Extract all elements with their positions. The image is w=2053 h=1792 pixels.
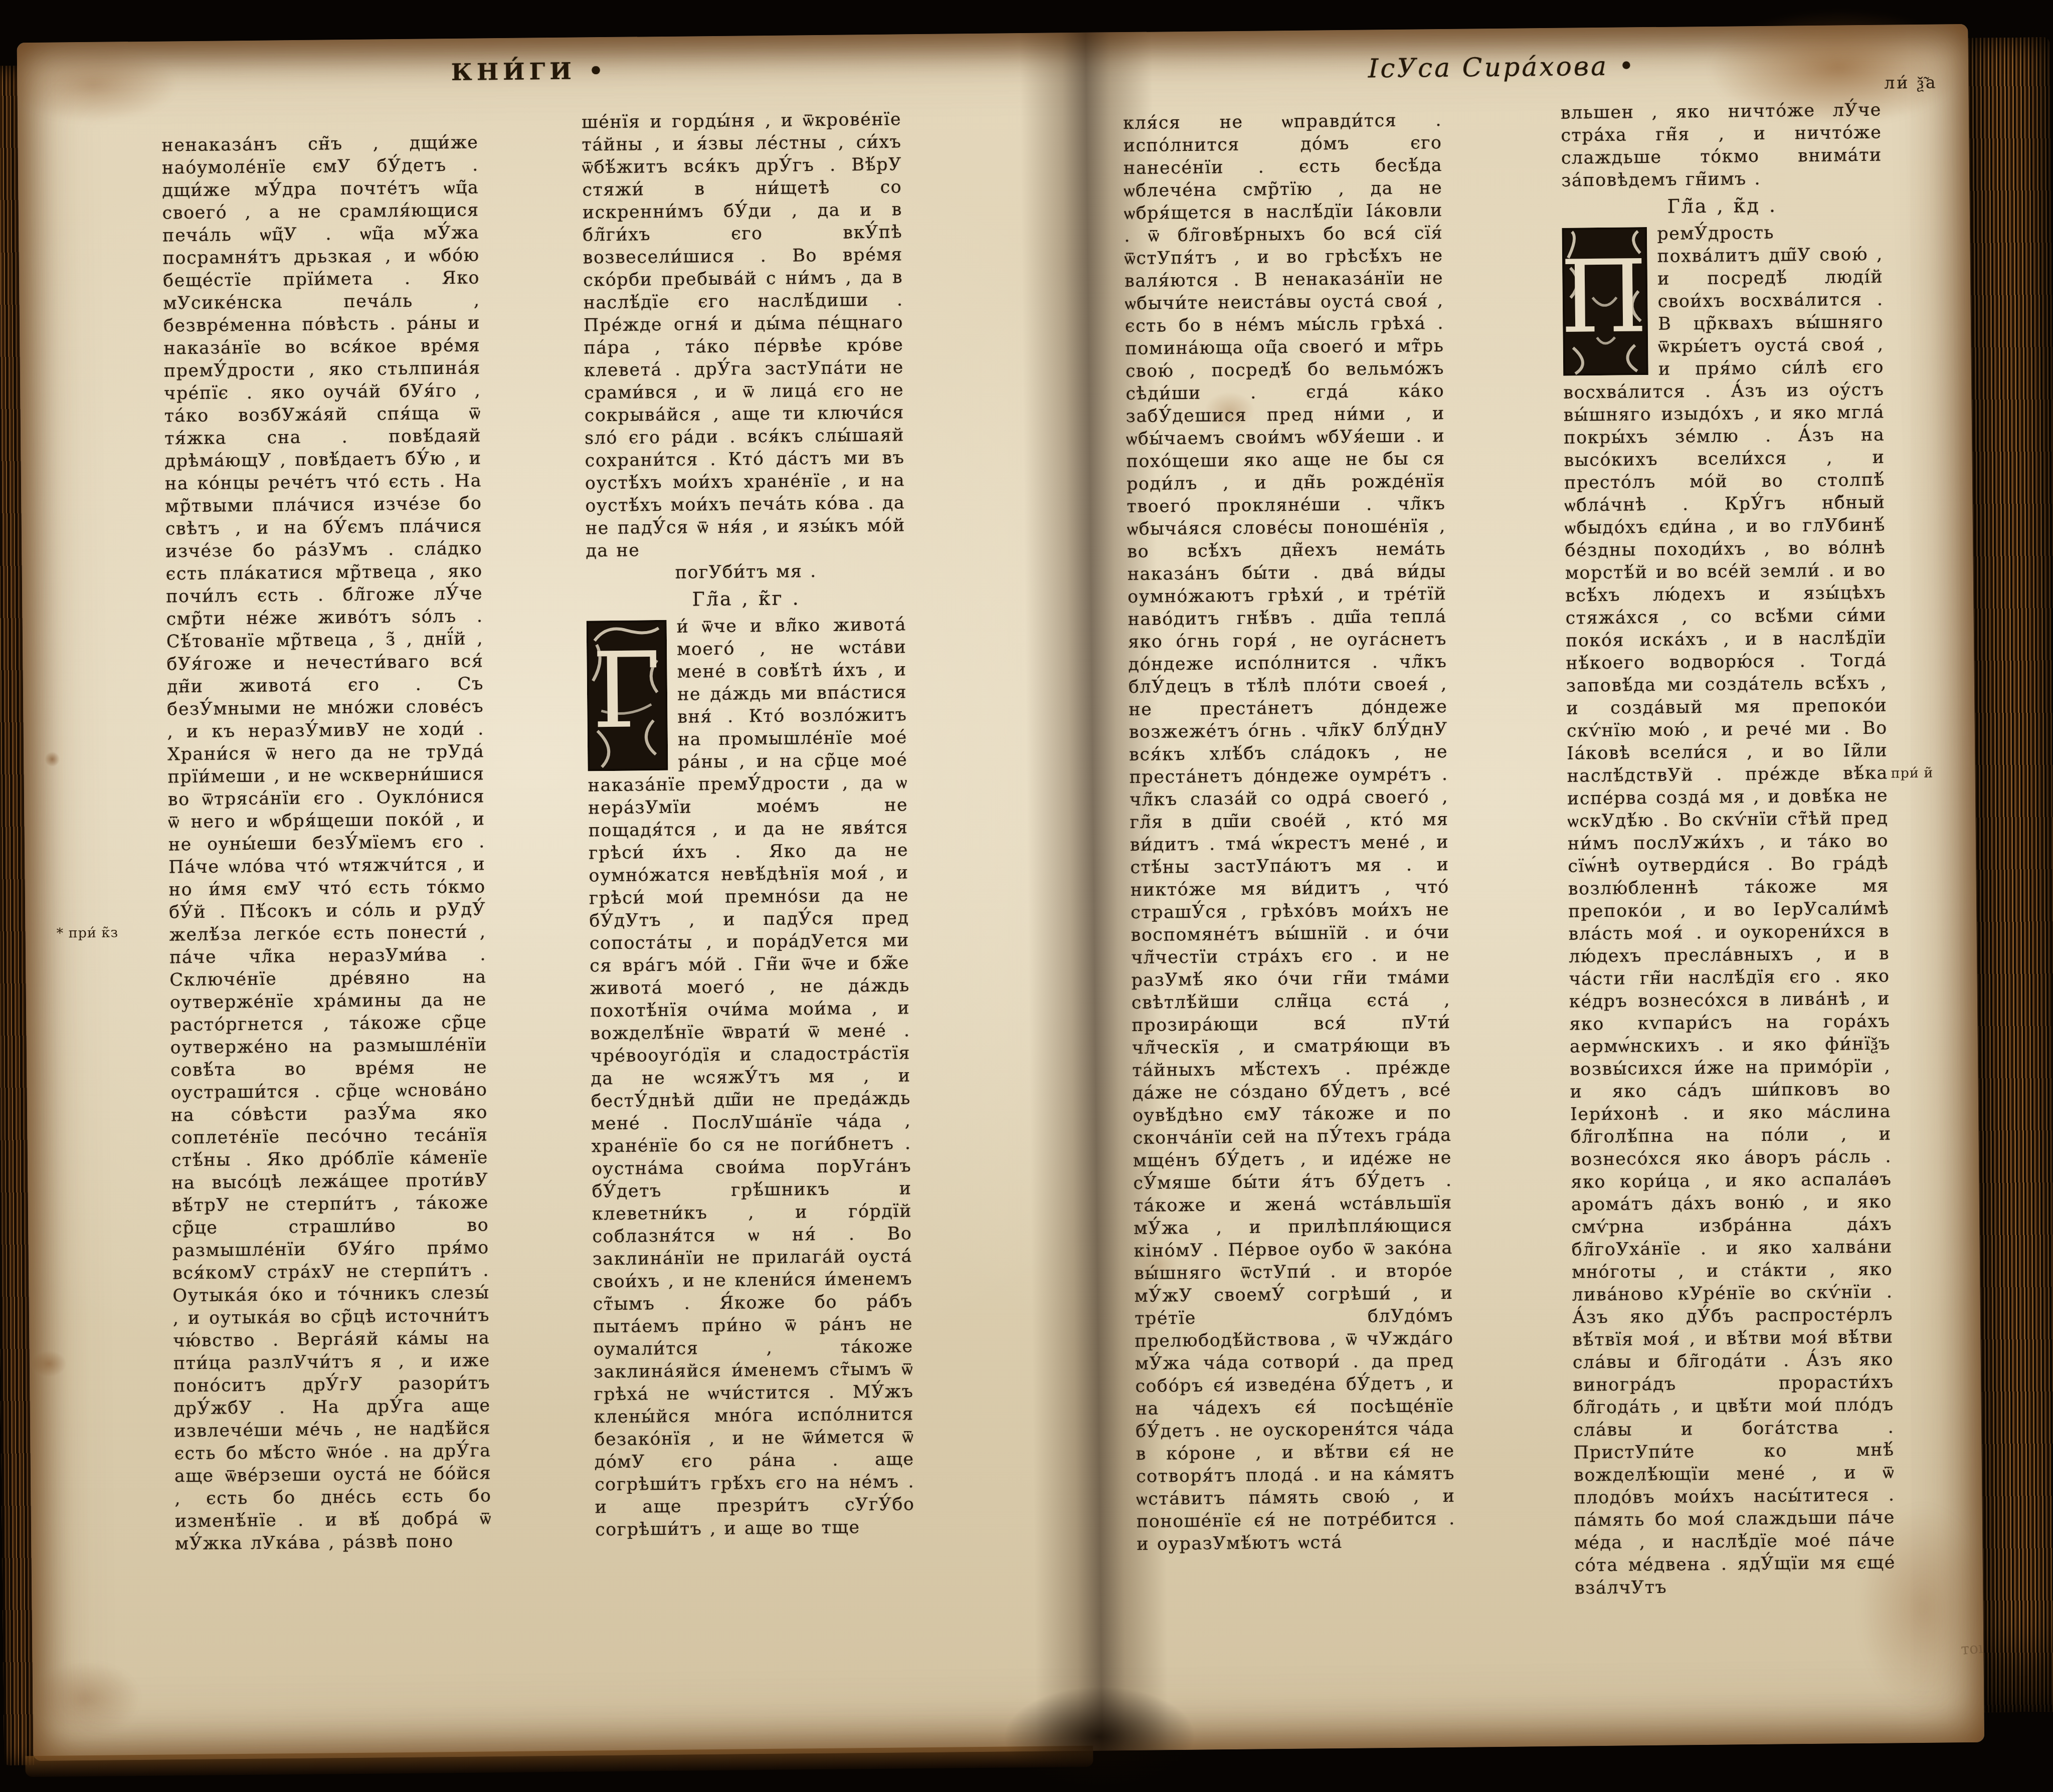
- running-head-right: ІсУса Сира́хова •: [1191, 50, 1813, 86]
- initial-letter-p: П: [1562, 239, 1648, 356]
- gutter-bottom-shadow: [1004, 1686, 1195, 1788]
- left-col2-paragraph-2: Г и́ ѿче и вл̃ко живота́ моего́ , не ѡст…: [587, 614, 915, 1541]
- folio-mark: ли́ ѯ̃а: [1884, 72, 1938, 93]
- initial-letter-g: Г: [591, 630, 663, 752]
- left-col2-paragraph-1: ше́нїя и горды́ня , и ѿкрове́нїе та́йны …: [582, 109, 905, 561]
- right-column-1: кля́ся не ѡправди́тся . испо́лнится до́м…: [1123, 109, 1456, 1556]
- margin-note-right: при́ и̃: [1891, 765, 1934, 781]
- left-col2-paragraph-1-end: погУби́тъ мя .: [586, 559, 905, 585]
- chapter-heading-24: Гл̃а , к̃д .: [1562, 193, 1883, 219]
- woodcut-initial-p: П: [1562, 227, 1648, 376]
- margin-note-left: * при́ к̃з: [56, 925, 118, 941]
- woodcut-initial-g: Г: [587, 620, 668, 771]
- right-col2-paragraph-1: П ремУ́дрость похва́литъ дш̃У свою́ , и …: [1562, 221, 1896, 1600]
- right-column-2: вльшен , яко ничто́же лУ́че стра́ха гн̃я…: [1561, 99, 1896, 1600]
- book-photograph: КНИ́ГИ • * при́ к̃з ненаказа́нъ сн̃ъ , д…: [0, 0, 2053, 1792]
- open-book: КНИ́ГИ • * при́ к̃з ненаказа́нъ сн̃ъ , д…: [0, 23, 2053, 1777]
- left-column-1: ненаказа́нъ сн̃ъ , дщи́же нао́умоле́нїе …: [161, 131, 492, 1555]
- left-column-2: ше́нїя и горды́ня , и ѿкрове́нїе та́йны …: [582, 108, 915, 1541]
- running-head-left: КНИ́ГИ •: [249, 55, 810, 88]
- corner-mark-bottom-right: тоı: [1960, 1639, 1984, 1658]
- right-col2-paragraph-1-text: ремУ́дрость похва́литъ дш̃У свою́ , и по…: [1563, 223, 1896, 1599]
- right-col2-paragraph-0: вльшен , яко ничто́же лУ́че стра́ха гн̃я…: [1561, 100, 1882, 191]
- chapter-heading-23: Гл̃а , к̃г .: [586, 586, 906, 612]
